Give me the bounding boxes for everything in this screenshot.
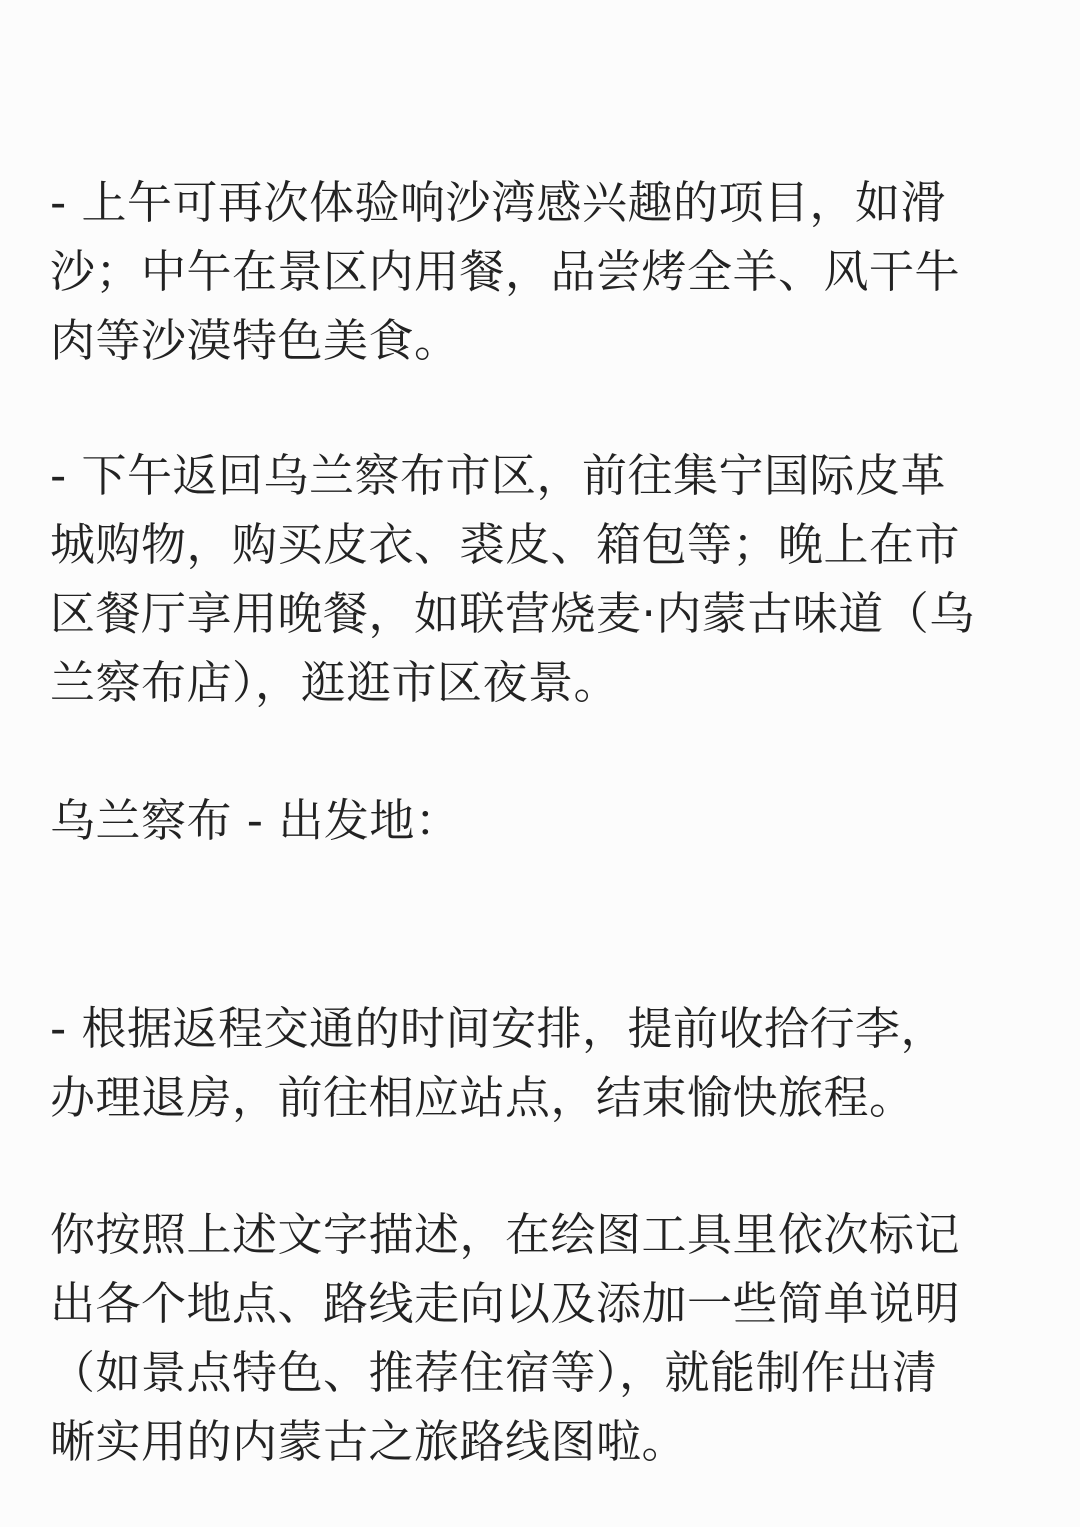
- text-line: - 上午可再次体验响沙湾感兴趣的项目，如滑: [50, 168, 1050, 237]
- text-line: 区餐厅享用晚餐，如联营烧麦·内蒙古味道（乌: [50, 579, 1050, 648]
- heading-text: 乌兰察布 - 出发地：: [50, 786, 1050, 855]
- paragraph-morning-xiangshawan: - 上午可再次体验响沙湾感兴趣的项目，如滑 沙；中午在景区内用餐，品尝烤全羊、风…: [50, 168, 1050, 375]
- paragraph-afternoon-ulanqab: - 下午返回乌兰察布市区，前往集宁国际皮革 城购物，购买皮衣、裘皮、箱包等；晚上…: [50, 441, 1050, 717]
- text-line: 办理退房，前往相应站点，结束愉快旅程。: [50, 1063, 1050, 1132]
- text-line: - 根据返程交通的时间安排，提前收拾行李，: [50, 994, 1050, 1063]
- section-heading-departure: 乌兰察布 - 出发地：: [50, 786, 1050, 855]
- text-line: 晰实用的内蒙古之旅路线图啦。: [50, 1407, 1050, 1476]
- paragraph-return-trip: - 根据返程交通的时间安排，提前收拾行李， 办理退房，前往相应站点，结束愉快旅程…: [50, 994, 1050, 1132]
- text-line: - 下午返回乌兰察布市区，前往集宁国际皮革: [50, 441, 1050, 510]
- text-line: 兰察布店），逛逛市区夜景。: [50, 648, 1050, 717]
- text-line: 你按照上述文字描述，在绘图工具里依次标记: [50, 1200, 1050, 1269]
- text-line: 沙；中午在景区内用餐，品尝烤全羊、风干牛: [50, 237, 1050, 306]
- text-line: （如景点特色、推荐住宿等），就能制作出清: [50, 1338, 1050, 1407]
- text-line: 肉等沙漠特色美食。: [50, 306, 1050, 375]
- paragraph-closing-instructions: 你按照上述文字描述，在绘图工具里依次标记 出各个地点、路线走向以及添加一些简单说…: [50, 1200, 1050, 1476]
- text-line: 出各个地点、路线走向以及添加一些简单说明: [50, 1269, 1050, 1338]
- text-line: 城购物，购买皮衣、裘皮、箱包等；晚上在市: [50, 510, 1050, 579]
